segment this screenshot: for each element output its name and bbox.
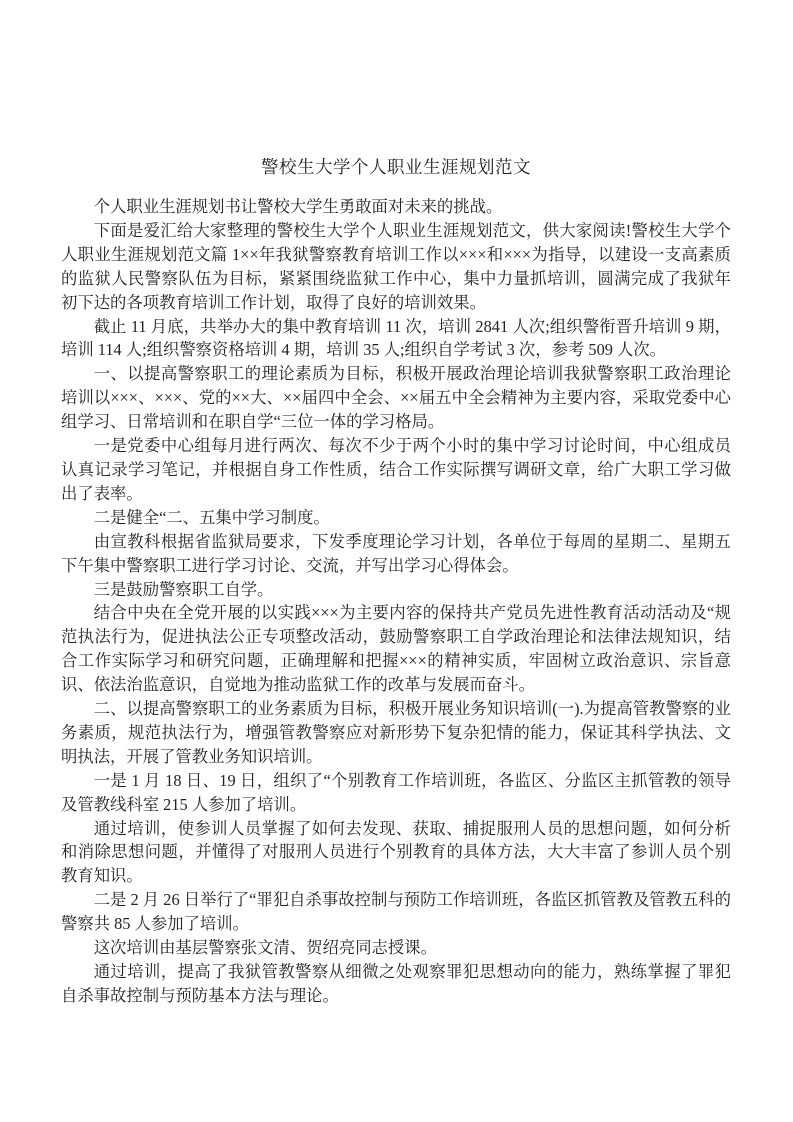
paragraph: 一是党委中心组每月进行两次、每次不少于两个小时的集中学习讨论时间，中心组成员认真… bbox=[61, 434, 731, 506]
paragraph: 下面是爱汇给大家整理的警校生大学个人职业生涯规划范文，供大家阅读!警校生大学个人… bbox=[61, 219, 731, 315]
paragraph: 三是鼓励警察职工自学。 bbox=[61, 578, 731, 602]
paragraph: 一、以提高警察职工的理论素质为目标，积极开展政治理论培训我狱警察职工政治理论培训… bbox=[61, 362, 731, 434]
paragraph: 截止 11 月底，共举办大的集中教育培训 11 次，培训 2841 人次;组织警… bbox=[61, 315, 731, 363]
document-page: 警校生大学个人职业生涯规划范文 个人职业生涯规划书让警校大学生勇敢面对未来的挑战… bbox=[0, 0, 793, 1122]
paragraph: 这次培训由基层警察张文清、贺绍亮同志授课。 bbox=[61, 936, 731, 960]
paragraph: 结合中央在全党开展的以实践×××为主要内容的保持共产党员先进性教育活动活动及“规… bbox=[61, 601, 731, 697]
document-title: 警校生大学个人职业生涯规划范文 bbox=[61, 155, 731, 179]
paragraph: 由宣教科根据省监狱局要求，下发季度理论学习计划，各单位于每周的星期二、星期五下午… bbox=[61, 530, 731, 578]
paragraph: 二、以提高警察职工的业务素质为目标，积极开展业务知识培训(一).为提高管教警察的… bbox=[61, 697, 731, 769]
document-body: 个人职业生涯规划书让警校大学生勇敢面对未来的挑战。 下面是爱汇给大家整理的警校生… bbox=[61, 195, 731, 1008]
paragraph: 通过培训，使参训人员掌握了如何去发现、获取、捕捉服刑人员的思想问题，如何分析和消… bbox=[61, 817, 731, 889]
paragraph: 通过培训，提高了我狱管教警察从细微之处观察罪犯思想动向的能力，熟练掌握了罪犯自杀… bbox=[61, 960, 731, 1008]
paragraph: 一是 1 月 18 日、19 日，组织了“个别教育工作培训班，各监区、分监区主抓… bbox=[61, 769, 731, 817]
paragraph: 二是健全“二、五集中学习制度。 bbox=[61, 506, 731, 530]
paragraph: 个人职业生涯规划书让警校大学生勇敢面对未来的挑战。 bbox=[61, 195, 731, 219]
paragraph: 二是 2 月 26 日举行了“罪犯自杀事故控制与预防工作培训班，各监区抓管教及管… bbox=[61, 888, 731, 936]
